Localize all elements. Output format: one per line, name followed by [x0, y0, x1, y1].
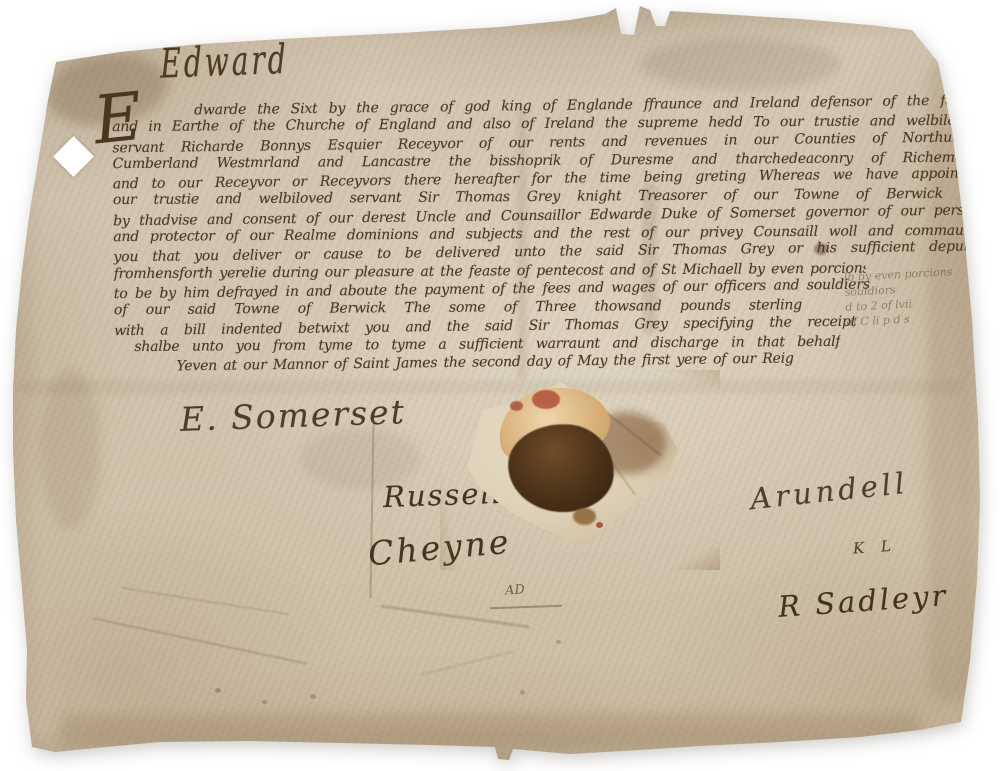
parchment: Edward E dwarde the Sixt by the grace of… [0, 0, 1000, 771]
clerk-note: AD [505, 582, 526, 598]
red-wax-spot [532, 390, 560, 409]
red-wax-fleck [596, 522, 603, 528]
wax-drip [573, 508, 596, 525]
marginal-annotations: lb by even porcions souldiors d to 2 of … [844, 262, 997, 330]
wax-seal [440, 370, 720, 570]
signature-arundell-initials: K L [852, 536, 897, 557]
photo-background: Edward E dwarde the Sixt by the grace of… [0, 0, 1000, 771]
manuscript-body: dwarde the Sixt by the grace of god king… [112, 93, 983, 376]
royal-signature: Edward [160, 35, 289, 88]
parchment-wrap: Edward E dwarde the Sixt by the grace of… [0, 0, 1000, 771]
red-wax-spot [510, 401, 523, 411]
